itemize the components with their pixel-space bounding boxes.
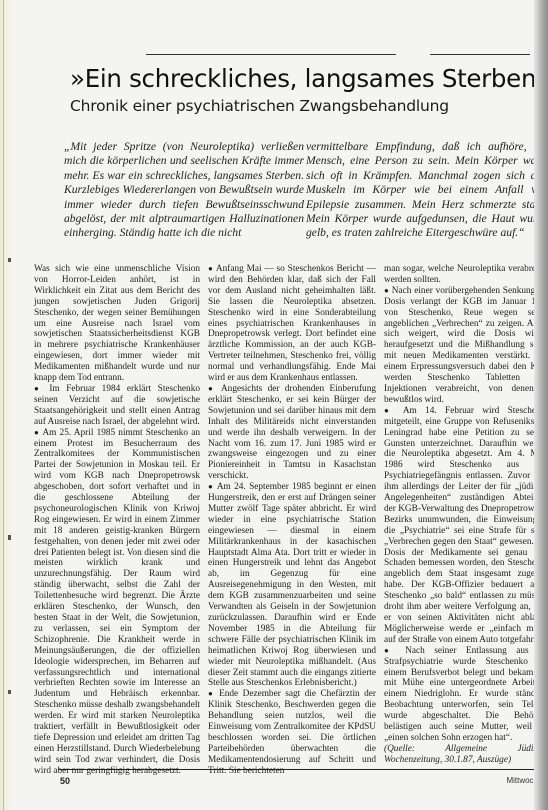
body-column-1: Was sich wie eine unmenschliche Vision v… [34, 264, 200, 777]
intro-quote-left: „Mit jeder Spritze (von Neuroleptika) ve… [64, 140, 304, 241]
scan-right-edge [534, 0, 548, 810]
margin-rule [3, 0, 4, 810]
column-bullet-paragraph: Am 14. Februar wird Steschenko mitgeteil… [384, 406, 548, 646]
column-bullet-paragraph: Ende Dezember sagt die Chefärztin der Kl… [208, 689, 376, 776]
column-bullet-paragraph: Anfang Mai — so Steschenkos Bericht — wi… [208, 264, 376, 384]
scan-left-margin [0, 0, 14, 810]
column-bullet-paragraph: Nach seiner Entlassung aus der Strafpsyc… [384, 646, 548, 744]
column-bullet-paragraph: Am 24. September 1985 beginnt er einen H… [208, 482, 376, 689]
intro-quote-right: vermittelbare Empfindung, daß ich aufhör… [306, 140, 548, 241]
margin-mark [8, 690, 11, 694]
article-headline: »Ein schreckliches, langsames Sterben« [70, 64, 540, 93]
column-bullet-paragraph: Am 25. April 1985 nimmt Steschenko an ei… [34, 428, 200, 777]
article-subhead: Chronik einer psychiatrischen Zwangsbeha… [70, 97, 540, 115]
margin-mark [8, 258, 11, 262]
column-paragraph: Was sich wie eine unmenschliche Vision v… [34, 264, 200, 384]
column-bullet-paragraph: Nach einer vorübergehenden Senkung der D… [384, 286, 548, 406]
column-bullet-paragraph: Angesichts der drohenden Einberufung erk… [208, 384, 376, 482]
page-number: 50 [60, 776, 70, 786]
column-bullet-paragraph: Im Februar 1984 erklärt Steschenko seine… [34, 384, 200, 428]
body-column-2: Anfang Mai — so Steschenkos Bericht — wi… [208, 264, 376, 777]
source-citation: (Quelle: Allgemeine Jüdische Wochenzeitu… [384, 744, 548, 766]
body-column-3: man sogar, welche Neuroleptika verabreic… [384, 264, 548, 766]
margin-mark [8, 535, 11, 540]
top-rule-right [430, 54, 530, 55]
top-rule [146, 54, 396, 55]
column-paragraph: man sogar, welche Neuroleptika verabreic… [384, 264, 548, 286]
